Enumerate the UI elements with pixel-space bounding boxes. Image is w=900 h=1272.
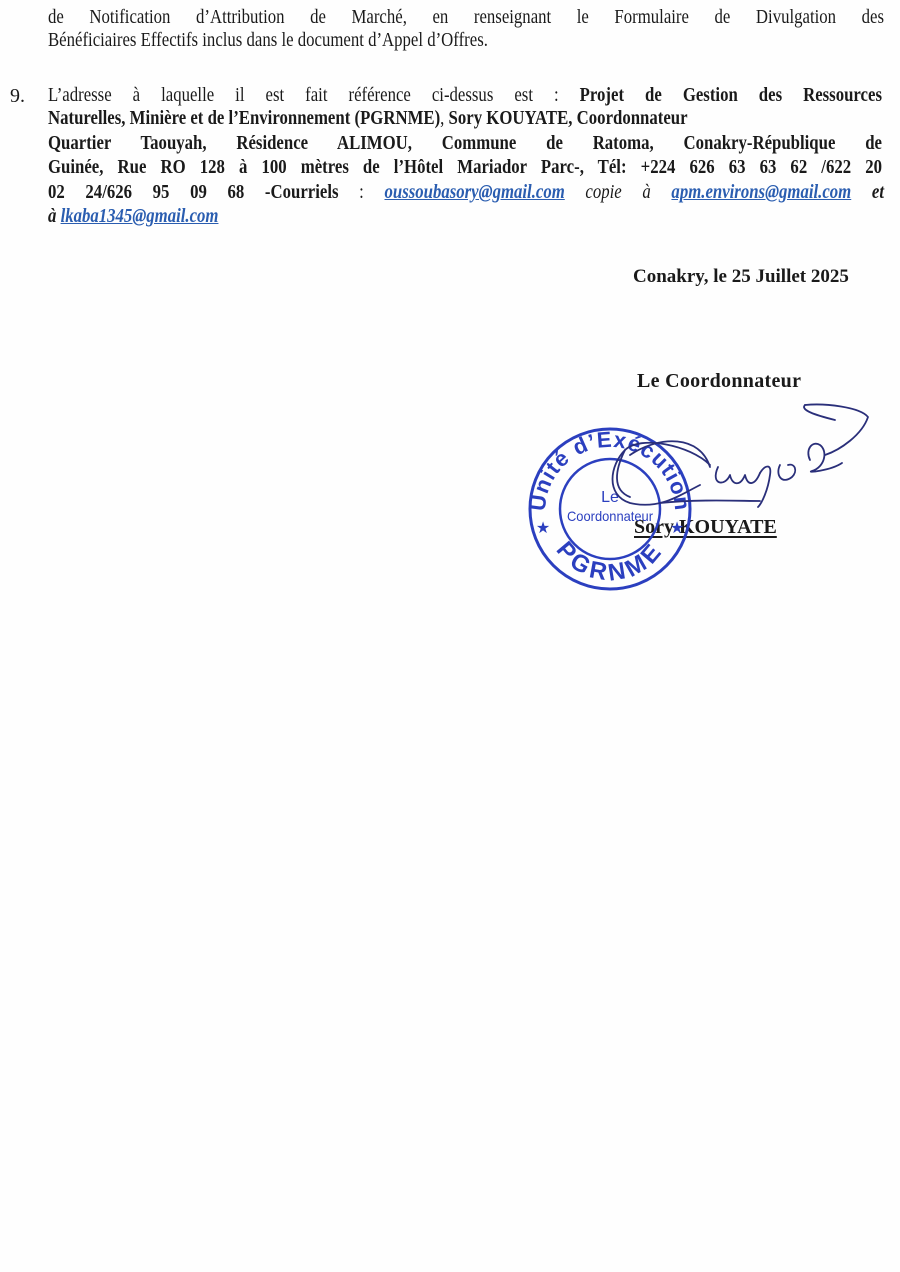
email-link-lkaba[interactable]: lkaba1345@gmail.com <box>61 206 219 227</box>
handwritten-signature-icon <box>600 395 880 545</box>
coordinator-name: Sory KOUYATE, Coordonnateur <box>449 108 688 129</box>
phone-and-emails-label: 02 24/626 95 09 68 -Courriels <box>48 182 339 203</box>
paragraph-9-line-3: Quartier Taouyah, Résidence ALIMOU, Comm… <box>48 132 884 156</box>
paragraph-8-line-1: de Notification d’Attribution de Marché,… <box>48 6 886 30</box>
address-intro: L’adresse à laquelle il est fait référen… <box>48 85 580 106</box>
date-line: Conakry, le 25 Juillet 2025 <box>633 266 849 288</box>
paragraph-9-line-2: Naturelles, Minière et de l’Environnemen… <box>48 107 838 131</box>
project-name-start: Projet de Gestion des Ressources <box>580 85 882 106</box>
email-link-apm-environs[interactable]: apm.environs@gmail.com <box>671 182 851 203</box>
stamp-star-left-icon: ★ <box>536 520 550 537</box>
paragraph-9-line-6: à lkaba1345@gmail.com <box>48 205 308 229</box>
document-page: de Notification d’Attribution de Marché,… <box>0 0 900 1272</box>
paragraph-9-line-4: Guinée, Rue RO 128 à 100 mètres de l’Hôt… <box>48 156 884 180</box>
signatory-title: Le Coordonnateur <box>637 370 801 393</box>
list-number-9: 9. <box>10 84 25 108</box>
project-name-end: Naturelles, Minière et de l’Environnemen… <box>48 108 440 129</box>
paragraph-8-line-2: Bénéficiaires Effectifs inclus dans le d… <box>48 29 608 53</box>
paragraph-9-line-1: L’adresse à laquelle il est fait référen… <box>48 84 884 108</box>
email-link-oussoubasory[interactable]: oussoubasory@gmail.com <box>384 182 564 203</box>
address-phone-line: Guinée, Rue RO 128 à 100 mètres de l’Hôt… <box>48 156 882 180</box>
address-line: Quartier Taouyah, Résidence ALIMOU, Comm… <box>48 132 882 156</box>
paragraph-9-line-5: 02 24/626 95 09 68 -Courriels : oussouba… <box>48 181 886 205</box>
